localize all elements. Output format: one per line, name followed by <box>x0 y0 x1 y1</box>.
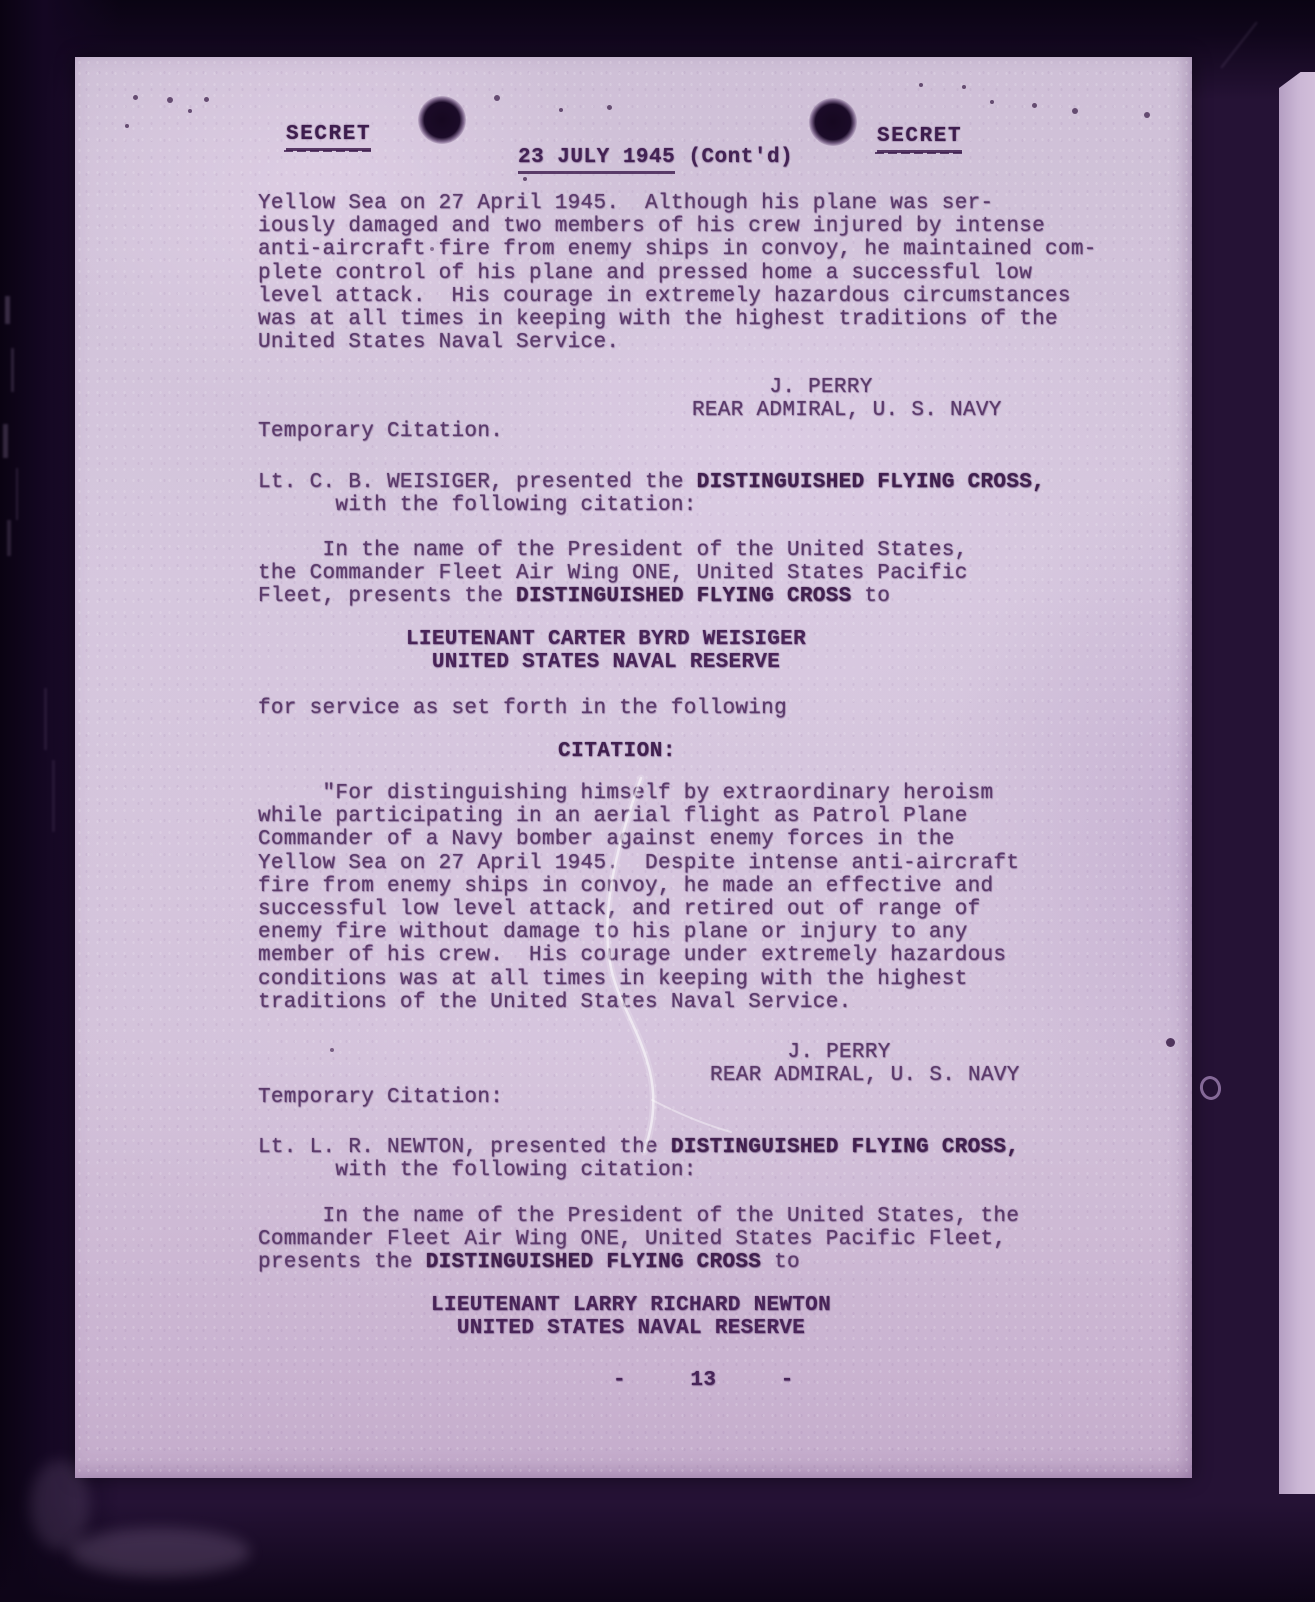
crease-mark <box>0 0 1315 1602</box>
microfilm-scan: { "colors": { "paper": "#d3c2da", "ink":… <box>0 0 1315 1602</box>
